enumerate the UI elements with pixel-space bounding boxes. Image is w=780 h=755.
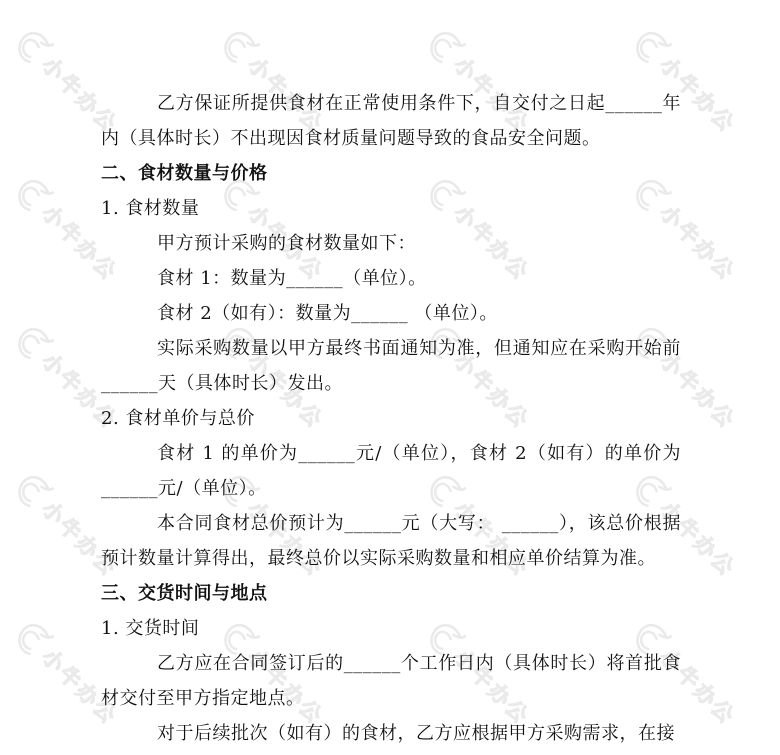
contract-paragraph: 食材 2（如有）：数量为______ （单位）。	[101, 296, 681, 331]
contract-paragraph: 实际采购数量以甲方最终书面通知为准，但通知应在采购开始前______天（具体时长…	[101, 331, 681, 401]
contract-paragraph: 甲方预计采购的食材数量如下：	[101, 226, 681, 261]
xiaoniu-bull-logo-icon	[215, 23, 262, 70]
xiaoniu-bull-logo-icon	[9, 467, 56, 514]
contract-paragraph: 乙方保证所提供食材在正常使用条件下，自交付之日起______年内（具体时长）不出…	[101, 86, 681, 156]
contract-paragraph: 对于后续批次（如有）的食材，乙方应根据甲方采购需求，在接	[101, 716, 681, 751]
contract-document-page: { "watermark": { "text": "小牛办公", "color"…	[0, 0, 780, 755]
numbered-item: 2. 食材单价与总价	[101, 401, 681, 436]
contract-paragraph: 食材 1：数量为______（单位）。	[101, 261, 681, 296]
section-heading: 三、交货时间与地点	[101, 576, 681, 611]
xiaoniu-bull-logo-icon	[627, 23, 674, 70]
xiaoniu-bull-logo-icon	[9, 615, 56, 662]
xiaoniu-bull-logo-icon	[421, 23, 468, 70]
contract-paragraph: 食材 1 的单价为______元/（单位），食材 2（如有）的单价为______…	[101, 436, 681, 506]
xiaoniu-bull-logo-icon	[9, 171, 56, 218]
contract-paragraph: 本合同食材总价预计为______元（大写： ______），该总价根据预计数量计…	[101, 506, 681, 576]
contract-paragraph: 乙方应在合同签订后的______个工作日内（具体时长）将首批食材交付至甲方指定地…	[101, 646, 681, 716]
document-text-block: 乙方保证所提供食材在正常使用条件下，自交付之日起______年内（具体时长）不出…	[101, 86, 681, 751]
xiaoniu-bull-logo-icon	[9, 319, 56, 366]
numbered-item: 1. 食材数量	[101, 191, 681, 226]
section-heading: 二、食材数量与价格	[101, 156, 681, 191]
numbered-item: 1. 交货时间	[101, 611, 681, 646]
xiaoniu-bull-logo-icon	[9, 23, 56, 70]
